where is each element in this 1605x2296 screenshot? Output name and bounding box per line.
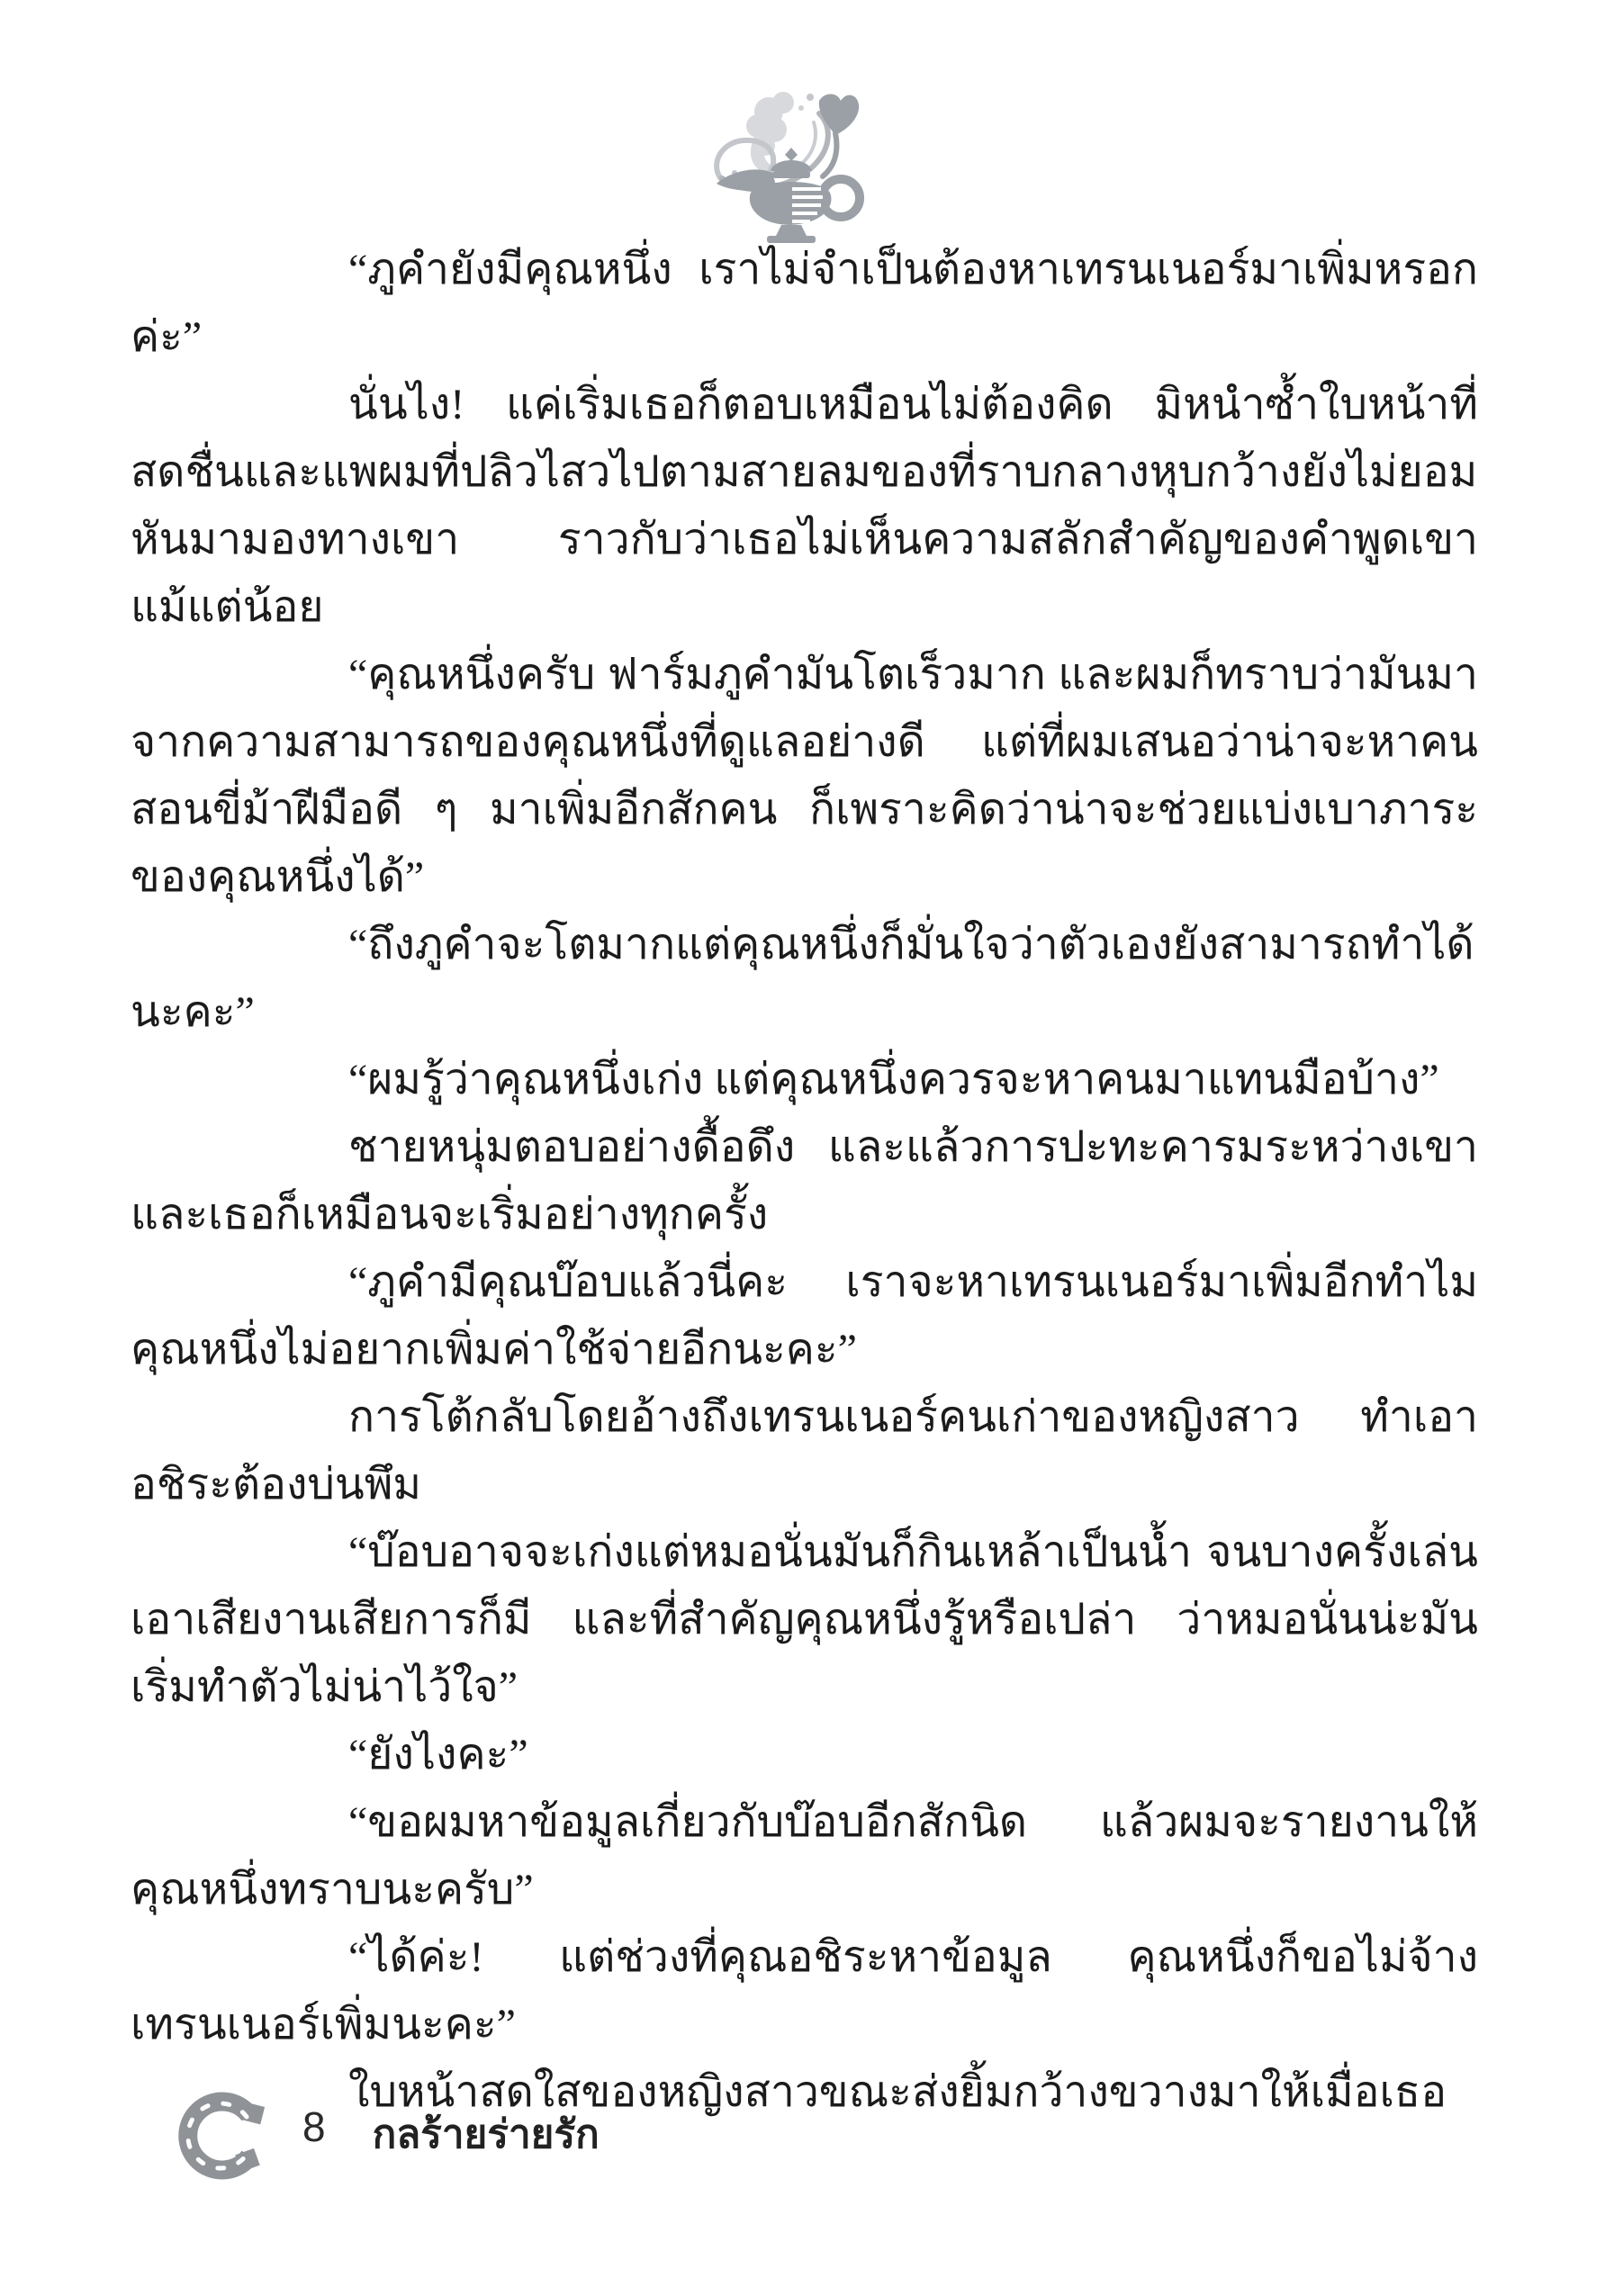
book-title: กลร้ายร่ายรัก	[373, 2102, 600, 2165]
body-paragraph: “ถึงภูคำจะโตมากแต่คุณหนึ่งก็มั่นใจว่าตัว…	[131, 911, 1478, 1046]
body-paragraph: การโต้กลับโดยอ้างถึงเทรนเนอร์คนเก่าของหญ…	[131, 1383, 1478, 1518]
page-text: “ภูคำยังมีคุณหนึ่ง เราไม่จำเป็นต้องหาเทร…	[131, 236, 1478, 2126]
book-page: “ภูคำยังมีคุณหนึ่ง เราไม่จำเป็นต้องหาเทร…	[0, 0, 1605, 2296]
lamp-body	[717, 148, 860, 243]
body-paragraph: นั่นไง! แค่เริ่มเธอก็ตอบเหมือนไม่ต้องคิด…	[131, 371, 1478, 641]
body-paragraph: “ภูคำมีคุณบ๊อบแล้วนี่คะ เราจะหาเทรนเนอร์…	[131, 1248, 1478, 1383]
body-paragraph: “ยังไงคะ”	[131, 1721, 1478, 1788]
body-paragraph: “คุณหนึ่งครับ ฟาร์มภูคำมันโตเร็วมาก และผ…	[131, 641, 1478, 911]
body-paragraph: ชายหนุ่มตอบอย่างดื้อดึง และแล้วการปะทะคา…	[131, 1113, 1478, 1248]
genie-lamp-icon	[704, 83, 893, 245]
horseshoe-icon	[178, 2086, 268, 2194]
body-paragraph: “ผมรู้ว่าคุณหนึ่งเก่ง แต่คุณหนึ่งควรจะหา…	[131, 1046, 1478, 1113]
body-paragraph: “ได้ค่ะ! แต่ช่วงที่คุณอชิระหาข้อมูล คุณห…	[131, 1923, 1478, 2058]
page-footer: 8 กลร้ายร่ายรัก	[178, 2086, 600, 2194]
body-paragraph: “บ๊อบอาจจะเก่งแต่หมอนั่นมันก็กินเหล้าเป็…	[131, 1518, 1478, 1721]
page-number: 8	[302, 2102, 326, 2151]
body-paragraph: “ขอผมหาข้อมูลเกี่ยวกับบ๊อบอีกสักนิด แล้ว…	[131, 1788, 1478, 1923]
body-paragraph: “ภูคำยังมีคุณหนึ่ง เราไม่จำเป็นต้องหาเทร…	[131, 236, 1478, 371]
